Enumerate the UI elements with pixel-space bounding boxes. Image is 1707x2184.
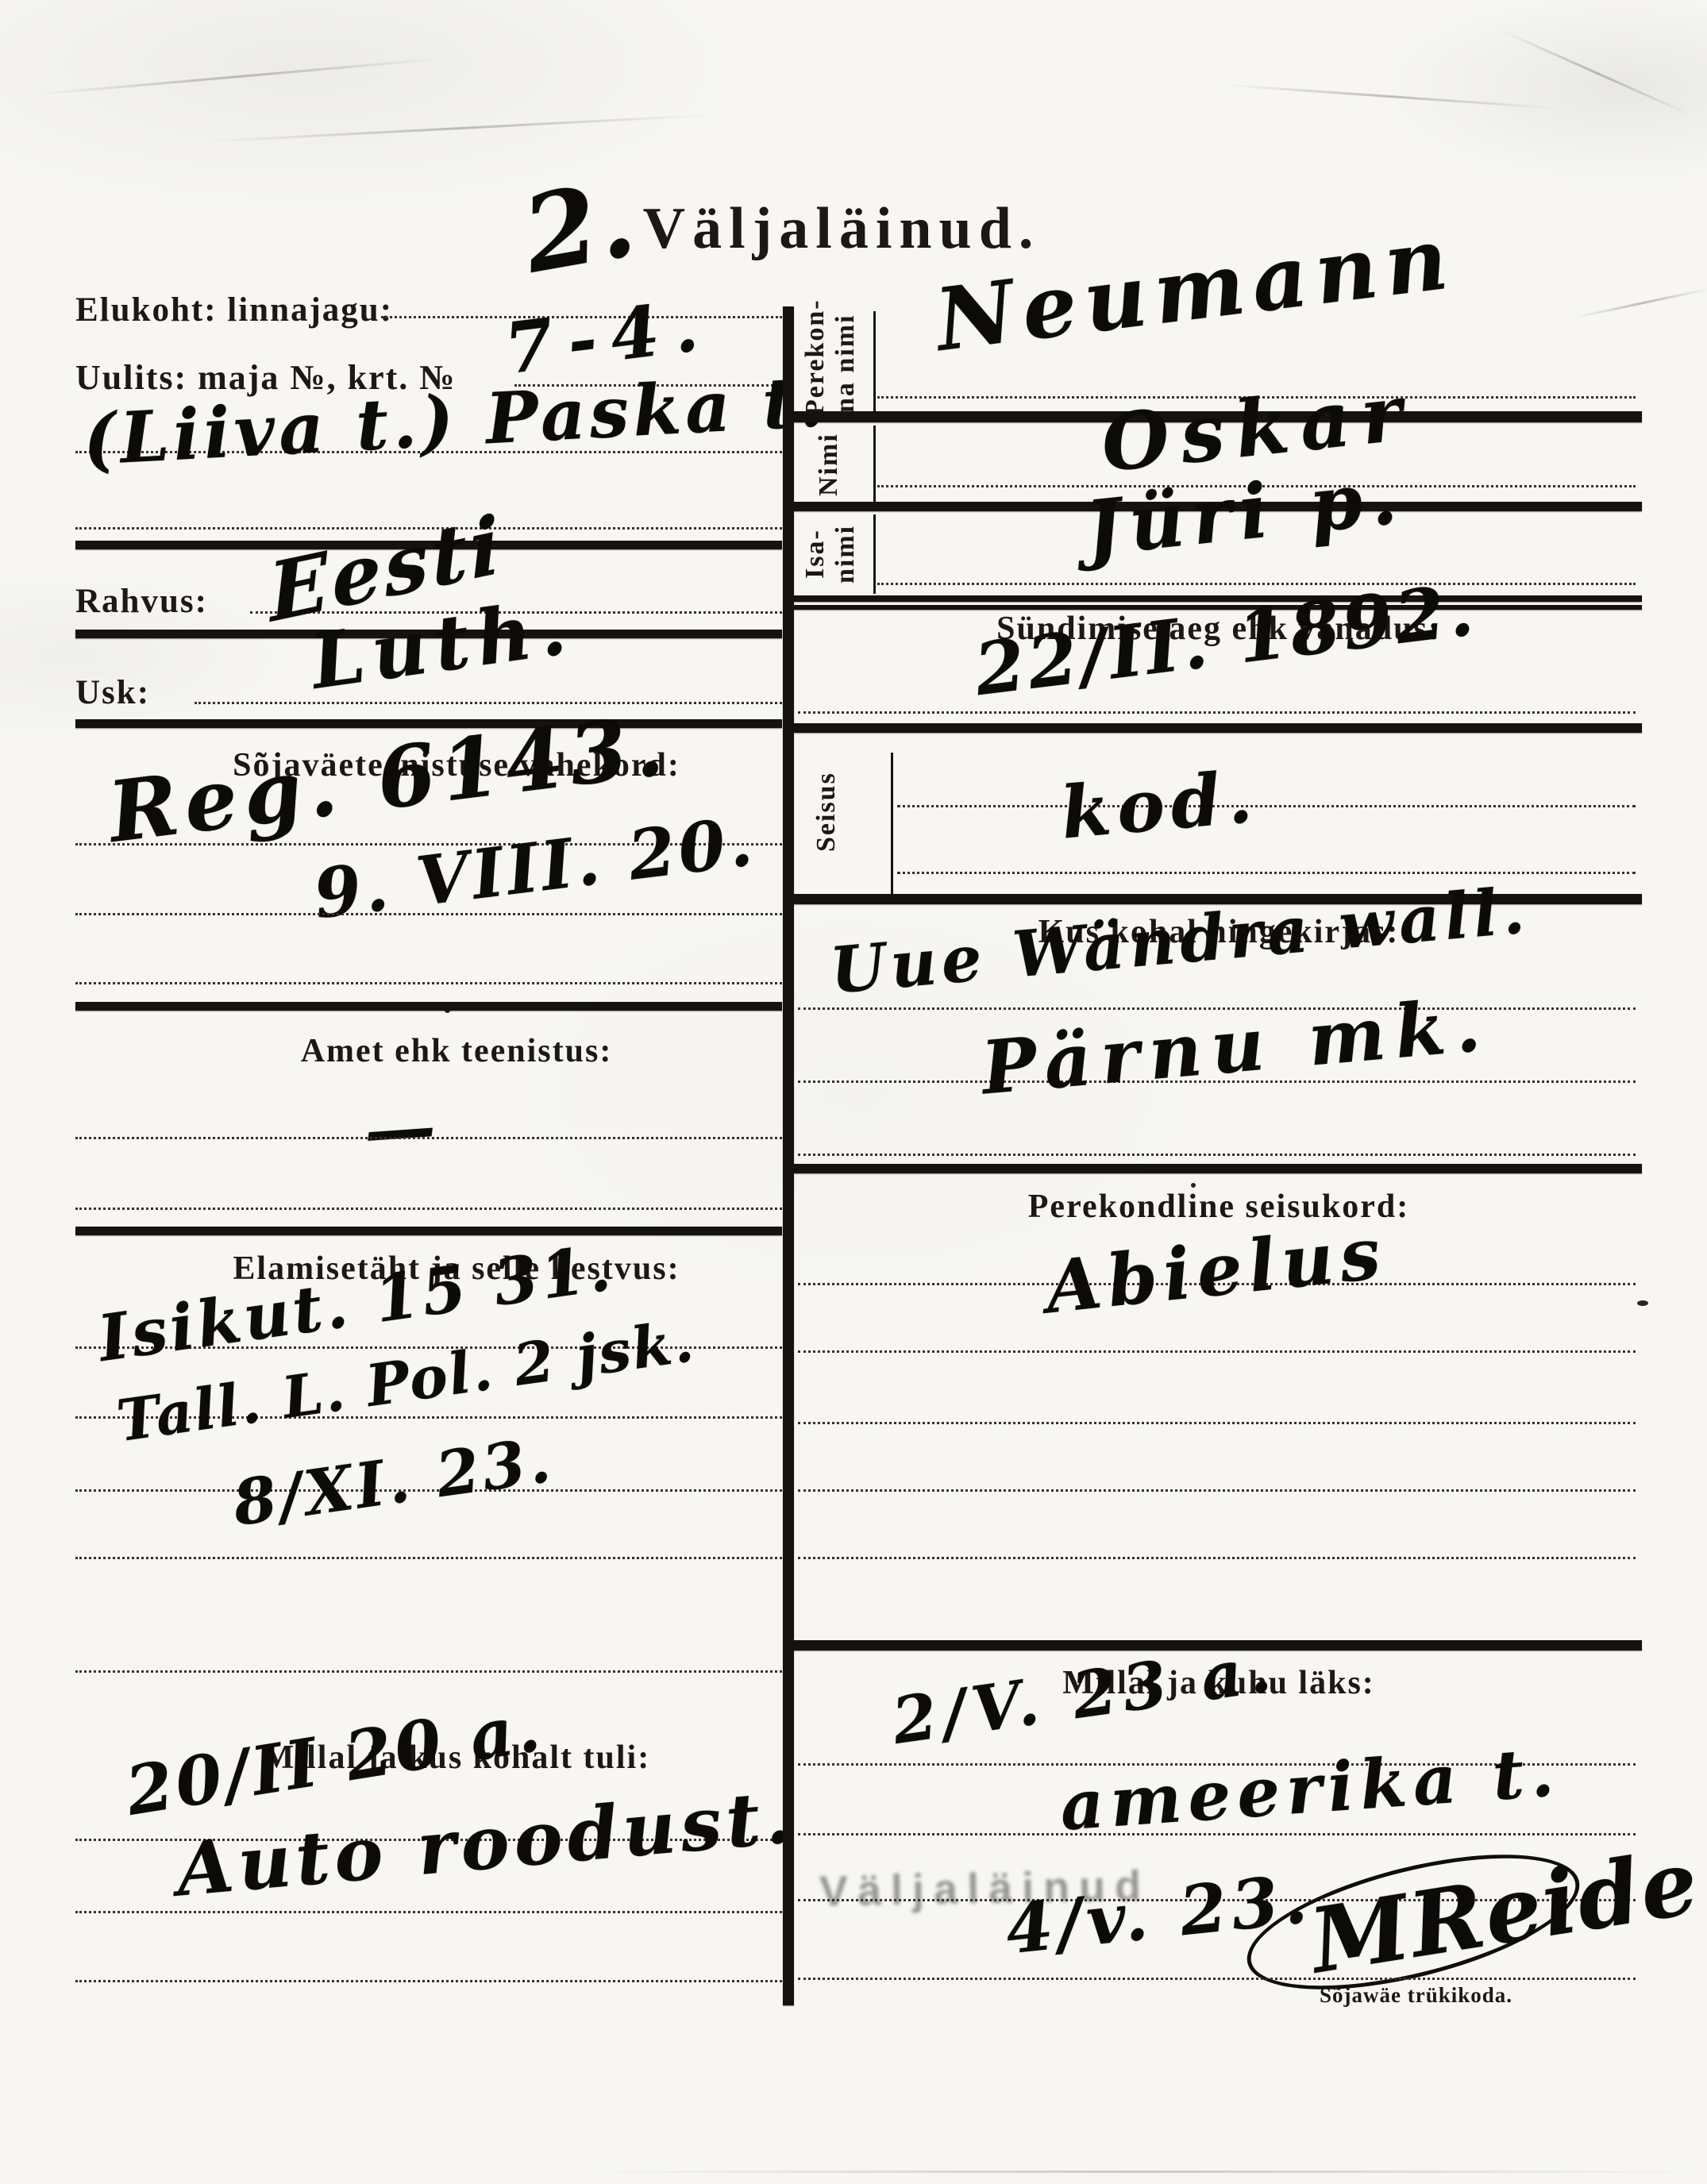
dotted-rule xyxy=(75,982,782,984)
handwritten-seisus-value: kod. xyxy=(1058,754,1262,855)
paper-crease xyxy=(1574,287,1707,318)
dotted-rule xyxy=(798,1833,1636,1835)
dotted-rule xyxy=(75,1137,782,1139)
dotted-rule xyxy=(897,805,1636,807)
section-heading-amet: Amet ehk teenistus: xyxy=(103,1032,810,1070)
dotted-rule xyxy=(75,1208,782,1210)
dotted-rule xyxy=(75,1557,782,1559)
paper-crease xyxy=(33,57,444,95)
divider-line xyxy=(794,723,1642,733)
handwritten-elamiset-line3: 8/XI. 23. xyxy=(229,1424,557,1541)
field-label-elukoht: Elukoht: linnajagu: xyxy=(75,291,393,329)
dotted-rule xyxy=(75,1980,782,1982)
dotted-rule xyxy=(75,1670,782,1673)
ink-speck xyxy=(1637,1300,1648,1306)
dotted-rule xyxy=(798,1557,1636,1559)
paper-crease xyxy=(588,2171,1699,2173)
dotted-rule xyxy=(75,913,782,915)
field-label-seisus: Seisus xyxy=(811,761,842,864)
divider-line xyxy=(794,1164,1642,1173)
field-label-usk: Usk: xyxy=(75,673,150,712)
dotted-rule xyxy=(798,1422,1636,1424)
dotted-rule xyxy=(798,1350,1636,1353)
field-label-nimi: Nimi xyxy=(814,427,844,503)
handwritten-hingekirjas-line2: Pärnu mk. xyxy=(978,981,1493,1111)
dotted-rule xyxy=(798,1489,1636,1492)
label-separator xyxy=(891,753,893,894)
field-label-rahvus: Rahvus: xyxy=(75,582,208,621)
form-title: Väljaläinud. xyxy=(572,195,1112,263)
divider-line xyxy=(75,1227,782,1235)
dotted-rule xyxy=(195,702,782,704)
handwritten-sund-value: 22/II. 1892. xyxy=(970,568,1481,713)
dotted-rule xyxy=(798,1978,1636,1980)
field-label-perekonnanimi: Perekon- na nimi xyxy=(800,311,861,416)
paper-crease xyxy=(1501,29,1691,115)
paper-crease xyxy=(1223,83,1555,109)
label-separator xyxy=(873,426,876,503)
handwritten-amet-value: — xyxy=(361,1084,438,1173)
handwritten-laks-line2: ameerika t. xyxy=(1058,1732,1563,1847)
handwritten-linnajagu-value: 2. xyxy=(514,157,644,298)
handwritten-perekondline-value: Abielus xyxy=(1042,1211,1390,1330)
paper-crease xyxy=(206,114,714,142)
field-label-isanimi: Isa- nimi xyxy=(800,514,861,594)
dotted-rule xyxy=(75,1911,782,1913)
printer-credit: Sõjawäe trükikoda. xyxy=(1320,1983,1512,2008)
label-separator xyxy=(873,311,876,413)
column-divider xyxy=(783,306,794,2005)
section-heading-perekondline: Perekondline seisukord: xyxy=(798,1188,1640,1226)
dotted-rule xyxy=(877,583,1636,585)
dotted-rule xyxy=(798,1154,1636,1156)
dotted-rule xyxy=(798,711,1636,714)
divider-line xyxy=(75,1002,782,1011)
document-scan: Väljaläinud. 2. Elukoht: linnajagu: Uuli… xyxy=(0,0,1707,2184)
label-separator xyxy=(873,514,876,594)
